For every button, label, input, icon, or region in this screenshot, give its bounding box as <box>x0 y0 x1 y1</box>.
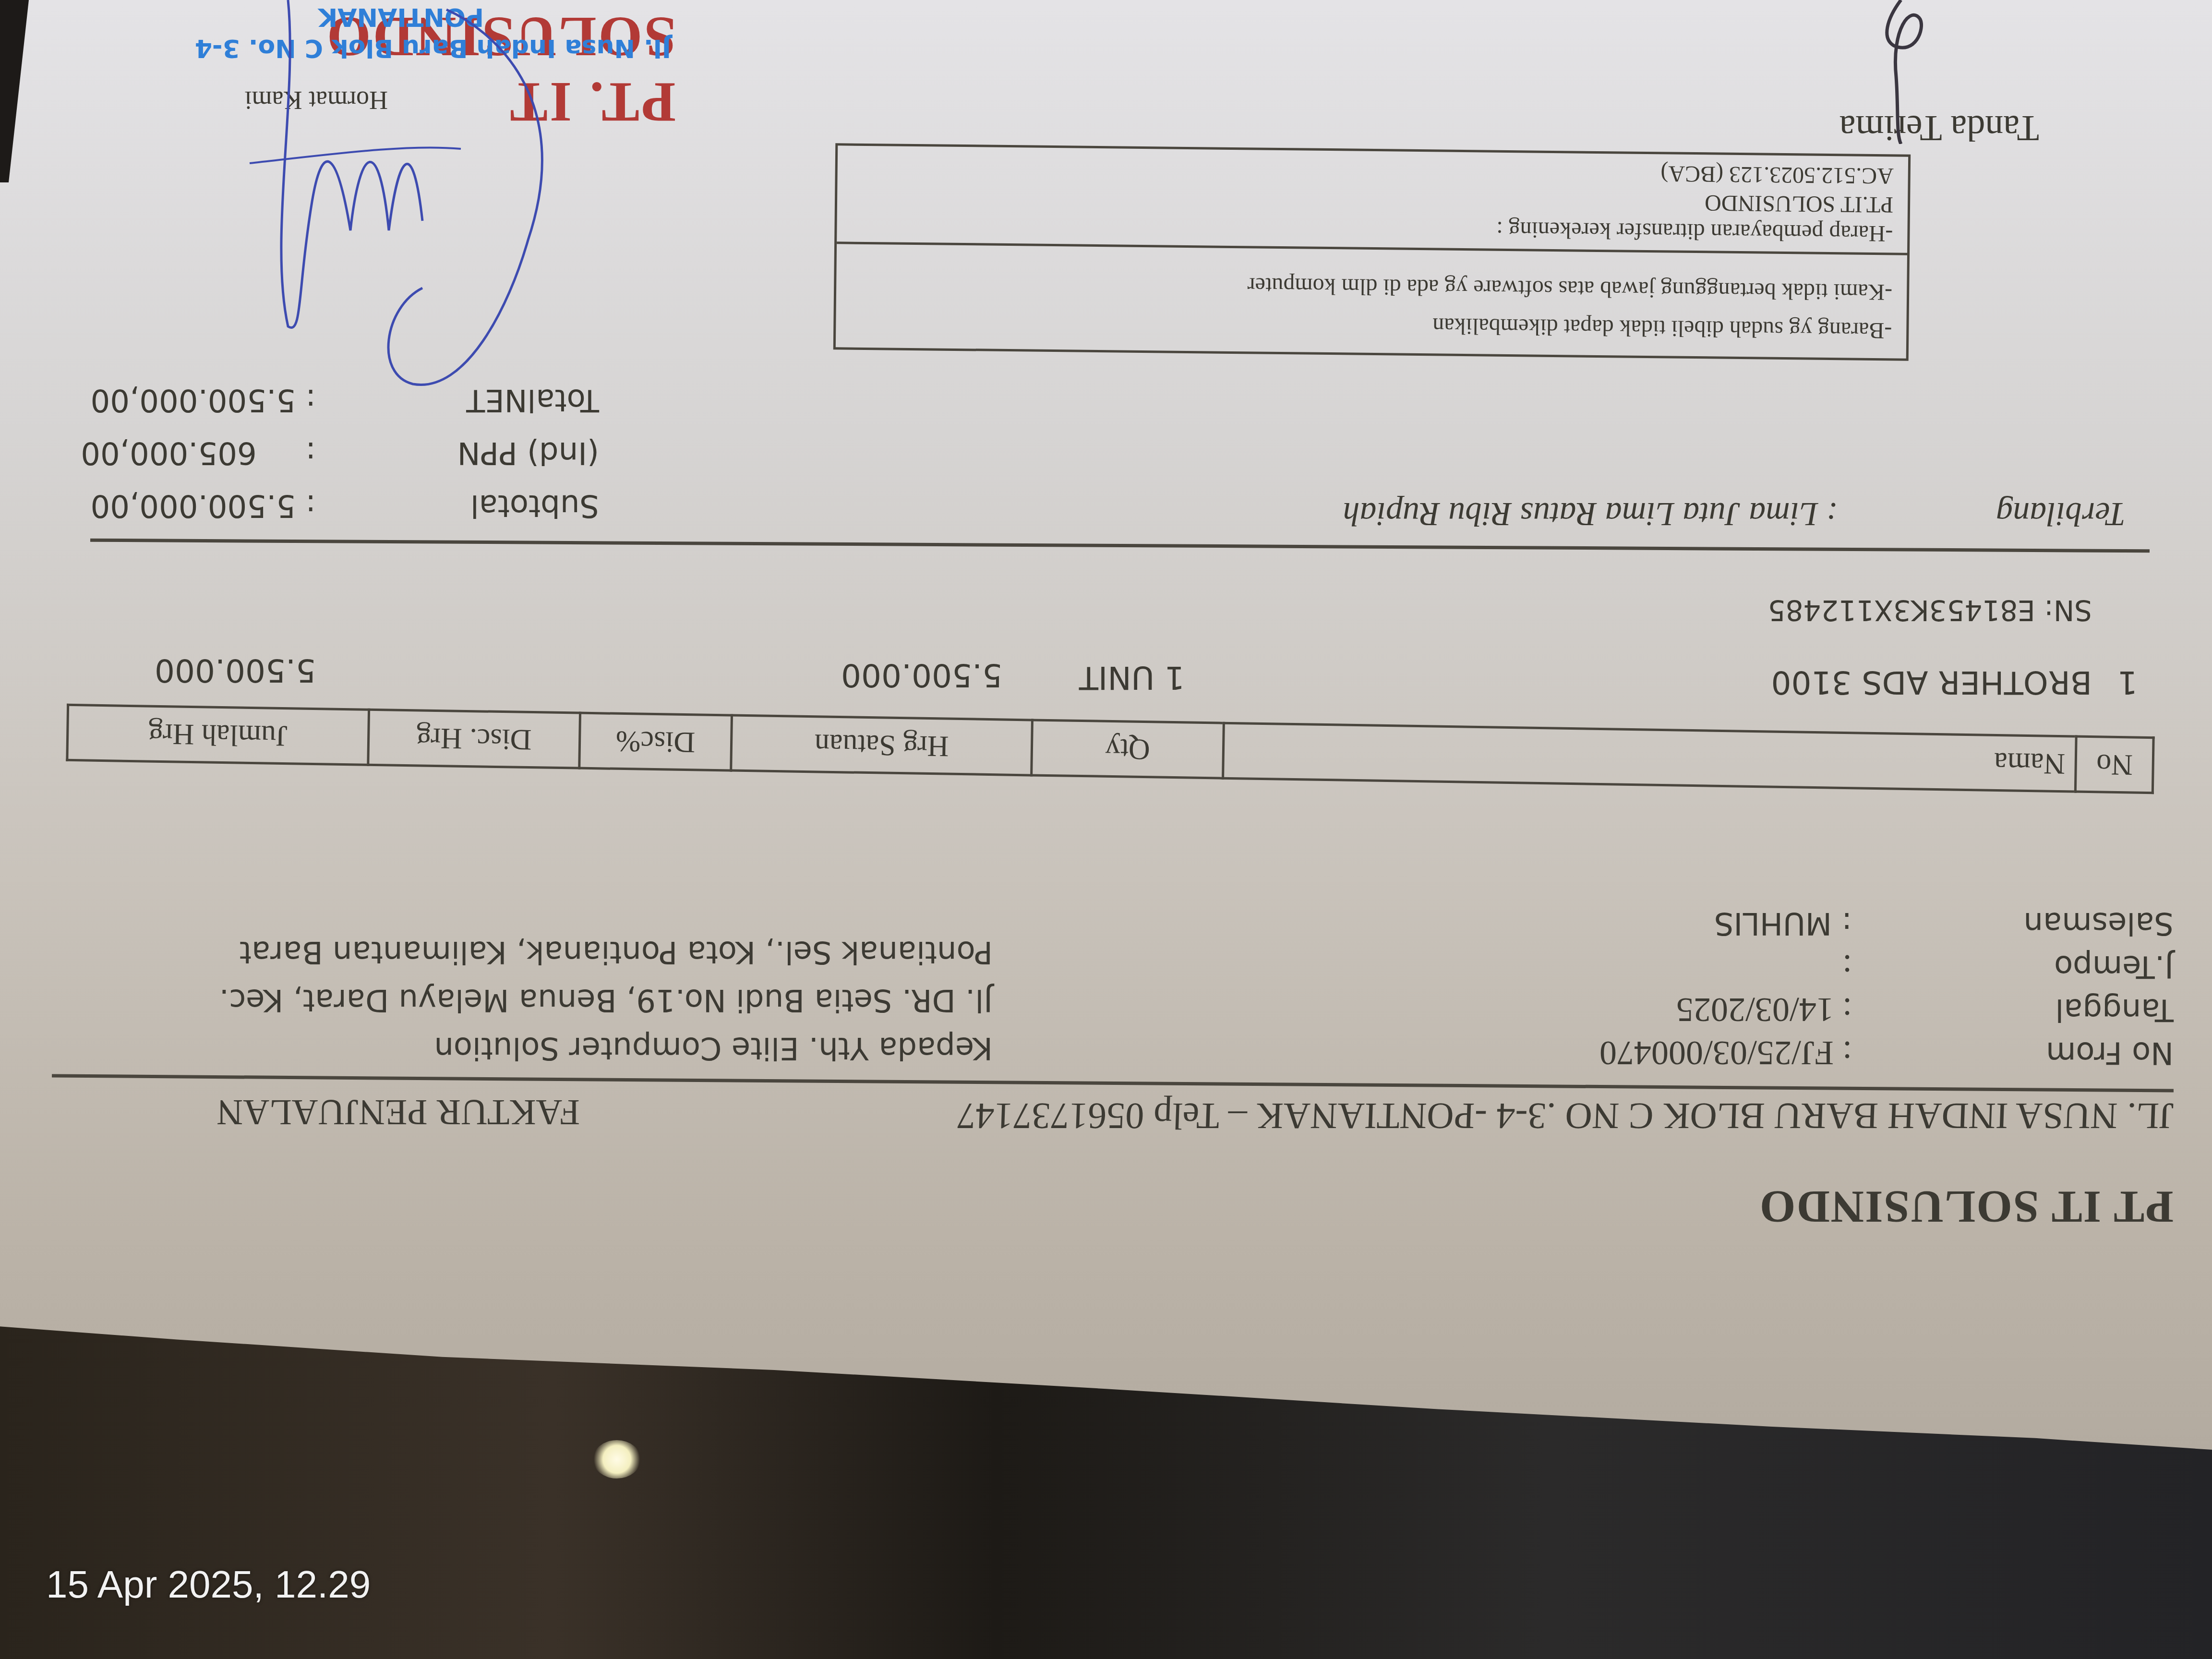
items-table-header: No Nama Qty Hrg Satuan Disc% Disc. Hrg J… <box>67 705 2153 793</box>
row-jumlah: 5.500.000 <box>155 652 316 689</box>
row-serial-number: SN: E81453K3X112485 <box>1768 594 2092 626</box>
items-table: No Nama Qty Hrg Satuan Disc% Disc. Hrg J… <box>66 704 2154 794</box>
meta-label-tanggal: Tanggal <box>2055 992 2174 1027</box>
meta-value-tanggal: : 14/03/2025 <box>1676 990 1852 1030</box>
meta-value-salesman: : MUHLIS <box>1714 905 1852 941</box>
company-address: JL. NUSA INDAH BARU BLOK C NO .3-4 -PONT… <box>956 1094 2175 1138</box>
payment-section: -Harap pembayaran ditransfer kerekening … <box>1496 157 1894 248</box>
table-end-divider <box>90 539 2150 553</box>
col-no: No <box>2076 736 2153 793</box>
photo-timestamp: 15 Apr 2025, 12.29 <box>46 1563 371 1607</box>
payment-account-number: AC.512.5023.123 (BCA) <box>1497 157 1894 191</box>
invoice-paper: PT IT SOLUSINDO JL. NUSA INDAH BARU BLOK… <box>0 0 2212 1450</box>
subtotal-value: : 5.500.000,00 <box>91 488 316 523</box>
ppn-label: (Ind) PPN <box>457 435 599 470</box>
payment-account-name: PT.IT SOLUSINDO <box>1497 186 1894 219</box>
col-jumlah-hrg: Jumlah Hrg <box>67 705 369 765</box>
meta-value-jtempo: : <box>1842 947 1852 986</box>
term-no-returns: -Barang yg sudah dibeli tidak dapat dike… <box>1247 304 1892 349</box>
payment-instruction: -Harap pembayaran ditransfer kerekening … <box>1496 215 1893 248</box>
terbilang-label: Terbilang <box>1996 494 2126 533</box>
meta-label-jtempo: J.Tempo <box>2054 949 2174 984</box>
light-glare <box>593 1440 641 1479</box>
meta-value-no-from: : FJ/25/03/000470 <box>1599 1033 1852 1073</box>
row-hrg-satuan: 5.500.000 <box>841 657 1002 694</box>
recipient-address-line2: Pontianak Sel., Kota Pontianak, Kalimant… <box>240 934 993 970</box>
recipient-address-line1: Jl. DR. Setia Budi No.19, Benua Melayu D… <box>219 982 993 1018</box>
col-disc-pct: Disc% <box>579 713 732 770</box>
col-nama: Nama <box>1223 723 2077 792</box>
row-nama: BROTHER ADS 3100 <box>1771 664 2092 701</box>
subtotal-label: Subtotal <box>470 488 599 523</box>
meta-label-salesman: Salesman <box>2024 905 2174 941</box>
recipient-name: Kepada Yth. Elite Computer Solution <box>434 1030 993 1066</box>
col-disc-hrg: Disc. Hrg <box>368 709 580 768</box>
ppn-value: : 605.000,00 <box>81 435 316 470</box>
meta-label-no-from: No From <box>2046 1035 2174 1070</box>
document-title: FAKTUR PENJUALAN <box>216 1091 580 1133</box>
terms-section: -Barang yg sudah dibeli tidak dapat dike… <box>1247 266 1892 349</box>
company-name: PT IT SOLUSINDO <box>1759 1180 2174 1234</box>
col-qty: Qty <box>1032 720 1224 778</box>
term-software-disclaimer: -Kami tidak bertanggung jawab atas softw… <box>1247 266 1892 311</box>
row-qty: 1 UNIT <box>1079 659 1185 696</box>
receiver-signature-icon <box>1848 0 1992 144</box>
col-hrg-satuan: Hrg Satuan <box>731 715 1032 775</box>
header-divider <box>52 1074 2174 1093</box>
notes-box: -Barang yg sudah dibeli tidak dapat dike… <box>833 143 1911 361</box>
row-no: 1 <box>2117 664 2138 701</box>
seller-signature-icon <box>240 0 624 403</box>
terbilang-value: : Lima Juta Lima Ratus Ribu Rupiah <box>1343 494 1838 533</box>
